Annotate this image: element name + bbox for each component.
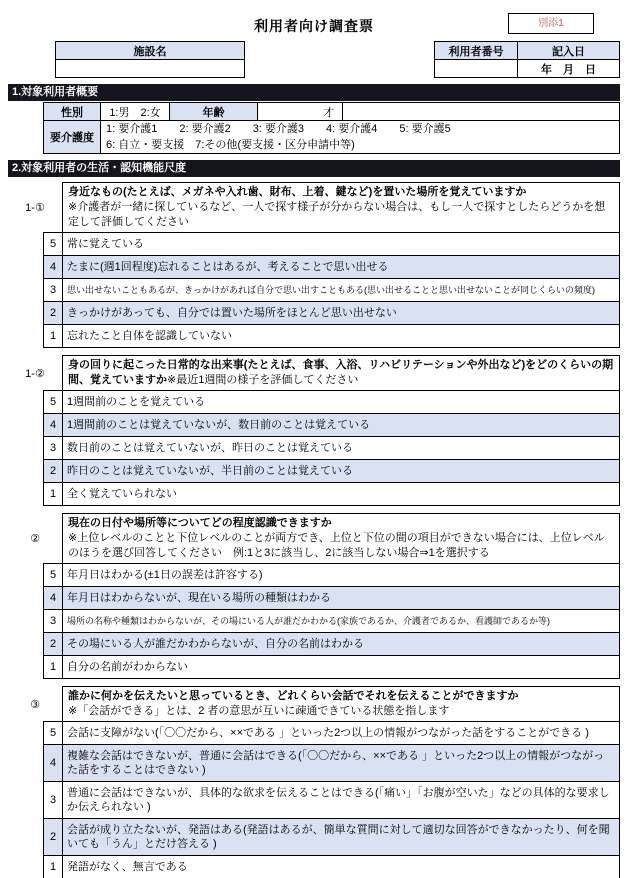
gender-options[interactable]: 1:男 2:女: [101, 103, 170, 121]
question-number: 1-②: [8, 367, 62, 380]
question-number: ②: [8, 532, 62, 545]
question-row: 1-① 身近なもの(たとえば、メガネや入れ歯、財布、上着、鍵など)を置いた場所を…: [8, 182, 620, 233]
rating-score: 2: [44, 819, 63, 856]
rating-score: 1: [44, 483, 63, 506]
rating-table: 5 1週間前のことを覚えている 4 1週間前のことは覚えていないが、数日前のこと…: [43, 390, 620, 506]
question-row: 1-② 身の回りに起こった日常的な出来事(たとえば、食事、入浴、リハビリテーショ…: [8, 355, 620, 391]
rating-table: 5 常に覚えている 4 たまに(週1回程度)忘れることはあるが、考えることで思い…: [43, 232, 620, 348]
rating-row[interactable]: 5 1週間前のことを覚えている: [44, 391, 620, 414]
rating-table: 5 会話に支障がない(「〇〇だから、××である 」といった2つ以上の情報がつなが…: [43, 721, 620, 878]
care-level-line1: 1: 要介護1 2: 要介護2 3: 要介護3 4: 要介護4 5: 要介護5: [104, 121, 616, 137]
rating-text: 複雑な会話はできないが、普通に会話はできる(「〇〇だから、××である 」といった…: [63, 745, 620, 782]
overview-table: 性別 1:男 2:女 年齢 才 要介護度 1: 要介護1 2: 要介護2 3: …: [43, 102, 620, 154]
rating-text: 年月日はわからないが、現在いる場所の種類はわかる: [63, 587, 620, 610]
rating-score: 2: [44, 460, 63, 483]
section1-header: 1.対象利用者概要: [8, 84, 620, 101]
question-number: 1-①: [8, 201, 62, 214]
rating-score: 1: [44, 656, 63, 679]
question-note: ※介護者が一緒に探しているなど、一人で探す様子が分からない場合は、もし一人で探す…: [68, 200, 614, 230]
question-text: 誰かに何かを伝えたいと思っているとき、どれくらい会話でそれを伝えることができます…: [68, 690, 519, 702]
care-level-line2: 6: 自立・要支援 7:その他(要支援・区分申請中等): [104, 137, 616, 153]
rating-row[interactable]: 3 数日前のことは覚えていないが、昨日のことは覚えている: [44, 437, 620, 460]
rating-text: 発語がなく、無言である: [63, 856, 620, 878]
rating-score: 2: [44, 302, 63, 325]
rating-text: 常に覚えている: [63, 233, 620, 256]
section2-header: 2.対象利用者の生活・認知機能尺度: [8, 160, 620, 177]
rating-text: 会話に支障がない(「〇〇だから、××である 」といった2つ以上の情報がつながった…: [63, 722, 620, 745]
rating-text: その場にいる人が誰だかわからないが、自分の名前はわかる: [63, 633, 620, 656]
rating-row[interactable]: 3 思い出せないこともあるが、きっかけがあれば自分で思い出すこともある(思い出せ…: [44, 279, 620, 302]
facility-name-field[interactable]: [56, 60, 245, 78]
question-row: ② 現在の日付や場所等についてどの程度認識できますか ※上位レベルのことと下位レ…: [8, 513, 620, 564]
rating-row[interactable]: 1 発語がなく、無言である: [44, 856, 620, 878]
question-text: 現在の日付や場所等についてどの程度認識できますか: [68, 517, 332, 529]
rating-score: 1: [44, 856, 63, 878]
question-box: 身近なもの(たとえば、メガネや入れ歯、財布、上着、鍵など)を置いた場所を覚えてい…: [62, 182, 620, 233]
age-label: 年齢: [170, 103, 258, 121]
facility-name-label: 施設名: [56, 42, 245, 60]
rating-row[interactable]: 4 1週間前のことは覚えていないが、数日前のことは覚えている: [44, 414, 620, 437]
rating-row[interactable]: 4 たまに(週1回程度)忘れることはあるが、考えることで思い出せる: [44, 256, 620, 279]
question-row: ③ 誰かに何かを伝えたいと思っているとき、どれくらい会話でそれを伝えることができ…: [8, 686, 620, 722]
rating-text: 1週間前のことは覚えていないが、数日前のことは覚えている: [63, 414, 620, 437]
rating-row[interactable]: 1 自分の名前がわからない: [44, 656, 620, 679]
rating-score: 3: [44, 610, 63, 633]
rating-score: 5: [44, 391, 63, 414]
gender-label: 性別: [44, 103, 101, 121]
care-level-row: 要介護度 1: 要介護1 2: 要介護2 3: 要介護3 4: 要介護4 5: …: [44, 121, 620, 154]
question-text: 身近なもの(たとえば、メガネや入れ歯、財布、上着、鍵など)を置いた場所を覚えてい…: [68, 186, 526, 198]
rating-table: 5 年月日はわかる(±1日の誤差は許容する) 4 年月日はわからないが、現在いる…: [43, 563, 620, 679]
rating-score: 5: [44, 564, 63, 587]
age-field[interactable]: 才: [258, 103, 343, 121]
empty-cell: [343, 103, 620, 121]
rating-text: たまに(週1回程度)忘れることはあるが、考えることで思い出せる: [63, 256, 620, 279]
attachment-label-box: 別添1: [508, 13, 594, 34]
title-row: 利用者向け調査票 別添1: [8, 0, 620, 38]
question-box: 現在の日付や場所等についてどの程度認識できますか ※上位レベルのことと下位レベル…: [62, 513, 620, 564]
rating-row[interactable]: 5 会話に支障がない(「〇〇だから、××である 」といった2つ以上の情報がつなが…: [44, 722, 620, 745]
rating-text: 自分の名前がわからない: [63, 656, 620, 679]
rating-row[interactable]: 4 複雑な会話はできないが、普通に会話はできる(「〇〇だから、××である 」とい…: [44, 745, 620, 782]
entry-date-label: 記入日: [518, 42, 620, 60]
rating-score: 5: [44, 233, 63, 256]
rating-row[interactable]: 1 忘れたこと自体を認識していない: [44, 325, 620, 348]
question-block-3: ③ 誰かに何かを伝えたいと思っているとき、どれくらい会話でそれを伝えることができ…: [8, 686, 620, 878]
care-level-label: 要介護度: [44, 121, 101, 154]
rating-row[interactable]: 2 会話が成り立たないが、発語はある(発語はあるが、簡単な質問に対して適切な回答…: [44, 819, 620, 856]
rating-score: 3: [44, 782, 63, 819]
rating-row[interactable]: 3 場所の名称や種類はわからないが、その場にいる人が誰だかわかる(家族であるか、…: [44, 610, 620, 633]
rating-text: 普通に会話はできないが、具体的な欲求を伝えることはできる(「痛い」「お腹が空いた…: [63, 782, 620, 819]
rating-score: 2: [44, 633, 63, 656]
rating-row[interactable]: 2 その場にいる人が誰だかわからないが、自分の名前はわかる: [44, 633, 620, 656]
rating-score: 4: [44, 256, 63, 279]
rating-text: 数日前のことは覚えていないが、昨日のことは覚えている: [63, 437, 620, 460]
rating-text: 1週間前のことを覚えている: [63, 391, 620, 414]
rating-text: 忘れたこと自体を認識していない: [63, 325, 620, 348]
rating-row[interactable]: 3 普通に会話はできないが、具体的な欲求を伝えることはできる(「痛い」「お腹が空…: [44, 782, 620, 819]
survey-form-page: 利用者向け調査票 別添1 施設名 利用者番号 記入日 年 月 日 1.対象利用者…: [0, 0, 628, 878]
rating-row[interactable]: 2 昨日のことは覚えていないが、半日前のことは覚えている: [44, 460, 620, 483]
rating-text: きっかけがあっても、自分では置いた場所をほとんど思い出せない: [63, 302, 620, 325]
rating-score: 3: [44, 279, 63, 302]
question-block-1-2: 1-② 身の回りに起こった日常的な出来事(たとえば、食事、入浴、リハビリテーショ…: [8, 355, 620, 506]
rating-text: 思い出せないこともあるが、きっかけがあれば自分で思い出すこともある(思い出せるこ…: [63, 279, 620, 302]
rating-row[interactable]: 2 きっかけがあっても、自分では置いた場所をほとんど思い出せない: [44, 302, 620, 325]
question-note: ※最近1週間の様子を評価してください: [167, 374, 358, 386]
rating-row[interactable]: 5 年月日はわかる(±1日の誤差は許容する): [44, 564, 620, 587]
rating-score: 1: [44, 325, 63, 348]
question-box: 誰かに何かを伝えたいと思っているとき、どれくらい会話でそれを伝えることができます…: [62, 686, 620, 722]
rating-text: 全く覚えていられない: [63, 483, 620, 506]
question-block-1-1: 1-① 身近なもの(たとえば、メガネや入れ歯、財布、上着、鍵など)を置いた場所を…: [8, 182, 620, 348]
care-level-options[interactable]: 1: 要介護1 2: 要介護2 3: 要介護3 4: 要介護4 5: 要介護5 …: [101, 121, 620, 154]
user-number-label: 利用者番号: [435, 42, 518, 60]
rating-score: 4: [44, 745, 63, 782]
question-box: 身の回りに起こった日常的な出来事(たとえば、食事、入浴、リハビリテーションや外出…: [62, 355, 620, 391]
rating-text: 昨日のことは覚えていないが、半日前のことは覚えている: [63, 460, 620, 483]
question-note: ※上位レベルのことと下位レベルのことが両方でき、上位と下位の間の項目ができない場…: [68, 531, 614, 561]
rating-score: 4: [44, 587, 63, 610]
rating-score: 3: [44, 437, 63, 460]
rating-text: 場所の名称や種類はわからないが、その場にいる人が誰だかわかる(家族であるか、介護…: [63, 610, 620, 633]
entry-date-field[interactable]: 年 月 日: [518, 60, 620, 78]
question-note: ※「会話ができる」とは、2 者の意思が互いに疎通できている状態を指します: [68, 704, 614, 719]
user-number-field[interactable]: [435, 60, 518, 78]
question-number: ③: [8, 698, 62, 711]
rating-text: 会話が成り立たないが、発語はある(発語はあるが、簡単な質問に対して適切な回答がで…: [63, 819, 620, 856]
rating-row[interactable]: 1 全く覚えていられない: [44, 483, 620, 506]
gender-age-row: 性別 1:男 2:女 年齢 才: [44, 103, 620, 121]
question-block-2: ② 現在の日付や場所等についてどの程度認識できますか ※上位レベルのことと下位レ…: [8, 513, 620, 679]
rating-row[interactable]: 4 年月日はわからないが、現在いる場所の種類はわかる: [44, 587, 620, 610]
rating-score: 5: [44, 722, 63, 745]
rating-row[interactable]: 5 常に覚えている: [44, 233, 620, 256]
meta-table: 利用者番号 記入日 年 月 日: [434, 41, 620, 78]
rating-score: 4: [44, 414, 63, 437]
header-tables: 施設名 利用者番号 記入日 年 月 日: [8, 41, 620, 78]
facility-table: 施設名: [55, 41, 245, 78]
rating-text: 年月日はわかる(±1日の誤差は許容する): [63, 564, 620, 587]
